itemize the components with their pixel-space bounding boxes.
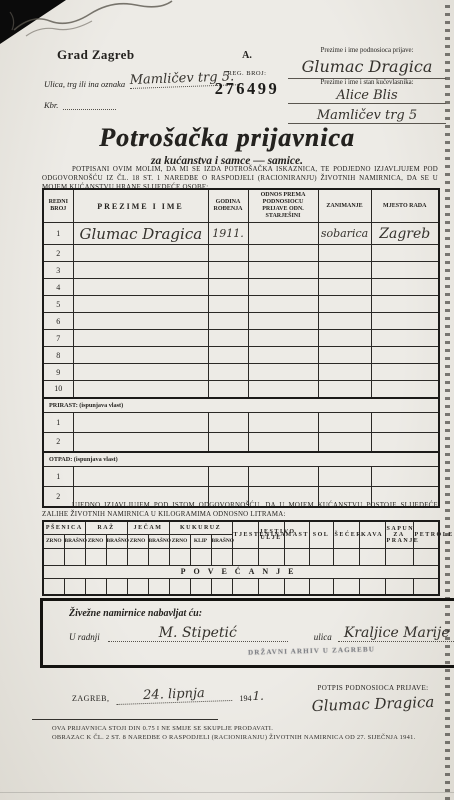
supply-cell	[232, 548, 258, 565]
member-relation	[248, 245, 318, 262]
supply-cell	[413, 548, 439, 565]
member-relation	[248, 467, 318, 487]
group-kukuruz: KUKURUZ	[169, 521, 232, 534]
member-occupation	[318, 432, 371, 452]
header-right-fields: Prezime i ime podnosioca prijave: Glumac…	[288, 47, 446, 124]
supply-cell	[148, 578, 169, 595]
landlord-label: Prezime i ime i stan kućevlasnika:	[288, 79, 446, 86]
pencil-scribble	[6, 0, 181, 38]
sub-brasno: BRAŠNO	[211, 534, 232, 548]
member-occupation: sobarica	[318, 223, 371, 245]
member-name	[73, 330, 208, 347]
row-number: 1	[43, 467, 73, 487]
footnote-line-1: OVA PRIJAVNICA STOJI DIN 0.75 I NE SMIJE…	[52, 725, 416, 734]
row-number: 1	[43, 223, 73, 245]
member-year	[208, 262, 248, 279]
sub-zrno: ZRNO	[127, 534, 148, 548]
supply-cell	[359, 548, 385, 565]
member-workplace	[371, 262, 439, 279]
member-name	[73, 467, 208, 487]
table-row: 7	[43, 330, 439, 347]
procurement-fields: U radnji M. Stipetić ulica Kraljice Mari…	[69, 626, 454, 642]
member-year	[208, 347, 248, 364]
member-year	[208, 432, 248, 452]
member-name	[73, 279, 208, 296]
supply-cell	[211, 578, 232, 595]
member-year	[208, 364, 248, 381]
form-footnote: OVA PRIJAVNICA STOJI DIN 0.75 I NE SMIJE…	[52, 725, 416, 742]
col-mast: MAST	[284, 521, 309, 548]
supply-cell	[64, 548, 85, 565]
col-secer: ŠEĆER	[333, 521, 359, 548]
member-workplace	[371, 296, 439, 313]
row-number: 9	[43, 364, 73, 381]
member-relation	[248, 262, 318, 279]
member-occupation	[318, 412, 371, 432]
prirast-label: PRIRAST: (ispunjava vlast)	[43, 398, 439, 413]
member-workplace	[371, 245, 439, 262]
year-handwritten: 1.	[253, 689, 264, 703]
kbr-value	[63, 109, 116, 110]
supply-cell	[169, 548, 190, 565]
row-number: 1	[43, 412, 73, 432]
member-name	[73, 347, 208, 364]
supply-cell	[190, 578, 211, 595]
supply-cell	[258, 548, 284, 565]
member-name	[73, 262, 208, 279]
supply-cell	[333, 578, 359, 595]
col-sol: SOL	[309, 521, 333, 548]
table-header-row: REDNI BROJ PREZIME I IME GODINA ROĐENJA …	[43, 189, 439, 223]
shop-name-handwritten: M. Stipetić	[108, 626, 288, 642]
registration-block: A. REG. BROJ: 276499	[210, 50, 284, 99]
landlord-address-handwritten: Mamličev trg 5	[317, 108, 417, 123]
signature-handwritten: Glumac Dragica	[300, 692, 447, 715]
supply-cell	[284, 578, 309, 595]
household-members-table: REDNI BROJ PREZIME I IME GODINA ROĐENJA …	[42, 188, 440, 508]
prirast-section-header: PRIRAST: (ispunjava vlast)	[43, 398, 439, 413]
member-occupation	[318, 296, 371, 313]
table-row: 3	[43, 262, 439, 279]
member-relation	[248, 381, 318, 398]
table-row: 4	[43, 279, 439, 296]
supply-cell	[309, 578, 333, 595]
row-number: 2	[43, 432, 73, 452]
member-name	[73, 245, 208, 262]
member-year	[208, 330, 248, 347]
reg-number-label: REG. BROJ:	[210, 70, 284, 77]
supplies-empty-row	[43, 548, 439, 565]
member-relation	[248, 296, 318, 313]
member-occupation	[318, 347, 371, 364]
table-row: 6	[43, 313, 439, 330]
date-row: ZAGREB, 24. lipnja 194 1.	[72, 688, 264, 703]
supply-cell	[190, 548, 211, 565]
supply-cell	[359, 578, 385, 595]
member-relation	[248, 313, 318, 330]
supply-cell	[127, 578, 148, 595]
kbr-label: Kbr.	[44, 100, 58, 110]
food-supplies-table: PŠENICA RAŽ JEČAM KUKURUZ TJESTENINA JES…	[42, 520, 440, 596]
prirast-row: 1	[43, 412, 439, 432]
member-relation	[248, 347, 318, 364]
supply-cell	[258, 578, 284, 595]
sub-zrno: ZRNO	[85, 534, 106, 548]
col-header-year: GODINA ROĐENJA	[208, 189, 248, 223]
member-workplace	[371, 364, 439, 381]
col-tjestenina: TJESTENINA	[232, 521, 258, 548]
member-workplace	[371, 467, 439, 487]
procurement-box: Živežne namirnice nabavljat ću: U radnji…	[40, 598, 454, 668]
supply-cell	[333, 548, 359, 565]
prirast-row: 2	[43, 432, 439, 452]
member-name	[73, 412, 208, 432]
applicant-label: Prezime i ime podnosioca prijave:	[288, 47, 446, 54]
sub-klip: KLIP	[190, 534, 211, 548]
member-year	[208, 245, 248, 262]
member-year	[208, 313, 248, 330]
sub-brasno: BRAŠNO	[64, 534, 85, 548]
applicant-name-handwritten: Glumac Dragica	[302, 57, 433, 76]
sub-brasno: BRAŠNO	[106, 534, 127, 548]
member-relation	[248, 364, 318, 381]
row-number: 10	[43, 381, 73, 398]
member-name	[73, 313, 208, 330]
supply-cell	[309, 548, 333, 565]
row-number: 5	[43, 296, 73, 313]
shop-label: U radnji	[69, 632, 100, 642]
procurement-title: Živežne namirnice nabavljat ću:	[69, 608, 454, 619]
supply-cell	[385, 548, 413, 565]
supply-cell	[64, 578, 85, 595]
member-year	[208, 381, 248, 398]
supply-cell	[148, 548, 169, 565]
member-workplace	[371, 313, 439, 330]
member-workplace	[371, 347, 439, 364]
form-title: Potrošačka prijavnica	[0, 123, 454, 153]
group-psenica: PŠENICA	[43, 521, 85, 534]
table-row: 2	[43, 245, 439, 262]
supply-cell	[106, 548, 127, 565]
sub-zrno: ZRNO	[43, 534, 64, 548]
col-petrolej: PETROLEJ	[413, 521, 439, 548]
supply-cell	[106, 578, 127, 595]
supply-cell	[232, 578, 258, 595]
member-occupation	[318, 364, 371, 381]
group-raz: RAŽ	[85, 521, 127, 534]
sub-brasno: BRAŠNO	[148, 534, 169, 548]
supplies-empty-row	[43, 578, 439, 595]
member-name	[73, 381, 208, 398]
landlord-line: Alice Blis	[288, 86, 446, 104]
member-occupation	[318, 467, 371, 487]
member-occupation	[318, 381, 371, 398]
declaration-paragraph-2: UJEDNO IZJAVLJUJEM POD ISTOM ODGOVORNOŠĆ…	[42, 501, 438, 519]
col-header-workplace: MJESTO RADA	[371, 189, 439, 223]
member-year	[208, 296, 248, 313]
table-row: 5	[43, 296, 439, 313]
row-number: 3	[43, 262, 73, 279]
row-number: 8	[43, 347, 73, 364]
supply-cell	[284, 548, 309, 565]
landlord-name-handwritten: Alice Blis	[336, 88, 397, 103]
member-name	[73, 432, 208, 452]
reg-number-stamp: 276499	[210, 79, 284, 99]
archive-stamp: DRŽAVNI ARHIV U ZAGREBU	[248, 645, 375, 656]
house-number-field: Kbr.	[44, 100, 116, 110]
col-jestivo-ulje: JESTIVO ULJE	[258, 521, 284, 548]
supply-cell	[85, 548, 106, 565]
member-occupation	[318, 330, 371, 347]
otpad-label: OTPAD: (ispunjava vlast)	[43, 452, 439, 467]
col-sapun: SAPUN ZA PRANJE	[385, 521, 413, 548]
date-handwritten: 24. lipnja	[115, 686, 231, 705]
member-relation	[248, 412, 318, 432]
member-year	[208, 467, 248, 487]
signature-label: POTPIS PODNOSIOCA PRIJAVE:	[300, 684, 446, 692]
applicant-line: Glumac Dragica	[288, 54, 446, 79]
col-header-name: PREZIME I IME	[73, 189, 208, 223]
row-number: 2	[43, 245, 73, 262]
member-occupation	[318, 245, 371, 262]
member-occupation	[318, 279, 371, 296]
year-printed: 194	[240, 694, 252, 703]
member-workplace	[371, 381, 439, 398]
member-relation	[248, 279, 318, 296]
sub-zrno: ZRNO	[169, 534, 190, 548]
member-workplace	[371, 432, 439, 452]
member-name: Glumac Dragica	[73, 223, 208, 245]
section-letter: A.	[210, 50, 284, 61]
scanned-form-page: Grad Zagreb Ulica, trg ili ina oznaka Ma…	[0, 0, 454, 800]
member-occupation	[318, 262, 371, 279]
povecanje-label: POVEĆANJE	[43, 565, 439, 578]
table-row: 9	[43, 364, 439, 381]
issuing-city: Grad Zagreb	[57, 47, 134, 63]
member-occupation	[318, 313, 371, 330]
member-relation	[248, 223, 318, 245]
member-year	[208, 279, 248, 296]
date-city-label: ZAGREB,	[72, 694, 110, 703]
shop-street-handwritten: Kraljice Marije	[338, 626, 454, 642]
landlord-address-line: Mamličev trg 5	[288, 106, 446, 124]
otpad-section-header: OTPAD: (ispunjava vlast)	[43, 452, 439, 467]
member-relation	[248, 330, 318, 347]
supply-cell	[85, 578, 106, 595]
row-number: 7	[43, 330, 73, 347]
col-header-relation: ODNOS PREMA PODNOSIOCU PRIJAVE ODN. STAR…	[248, 189, 318, 223]
scan-crease	[0, 792, 454, 793]
footnote-line-2: OBRAZAC K ČL. 2 ST. 8 NAREDBE O RASPODJE…	[52, 734, 416, 743]
footer-separator	[32, 719, 218, 720]
street-label: Ulica, trg ili ina oznaka	[44, 79, 125, 89]
member-relation	[248, 432, 318, 452]
table-row: 8	[43, 347, 439, 364]
member-workplace	[371, 412, 439, 432]
table-row: 1 Glumac Dragica 1911. sobarica Zagreb	[43, 223, 439, 245]
povecanje-row: POVEĆANJE	[43, 565, 439, 578]
member-workplace: Zagreb	[371, 223, 439, 245]
group-jecam: JEČAM	[127, 521, 169, 534]
supply-cell	[43, 578, 64, 595]
street-label: ulica	[314, 632, 332, 642]
supply-cell	[43, 548, 64, 565]
signature-block: POTPIS PODNOSIOCA PRIJAVE: Glumac Dragic…	[300, 684, 446, 713]
supply-cell	[413, 578, 439, 595]
member-workplace	[371, 330, 439, 347]
member-name	[73, 296, 208, 313]
col-header-occupation: ZANIMANJE	[318, 189, 371, 223]
supply-cell	[211, 548, 232, 565]
supplies-group-header-row: PŠENICA RAŽ JEČAM KUKURUZ TJESTENINA JES…	[43, 521, 439, 534]
member-name	[73, 364, 208, 381]
row-number: 4	[43, 279, 73, 296]
row-number: 6	[43, 313, 73, 330]
otpad-row: 1	[43, 467, 439, 487]
supply-cell	[127, 548, 148, 565]
supply-cell	[169, 578, 190, 595]
col-header-number: REDNI BROJ	[43, 189, 73, 223]
form-title-block: Potrošačka prijavnica za kućanstva i sam…	[0, 123, 454, 167]
supply-cell	[385, 578, 413, 595]
table-row: 10	[43, 381, 439, 398]
member-workplace	[371, 279, 439, 296]
member-year	[208, 412, 248, 432]
member-year: 1911.	[208, 223, 248, 245]
col-kava: KAVA	[359, 521, 385, 548]
